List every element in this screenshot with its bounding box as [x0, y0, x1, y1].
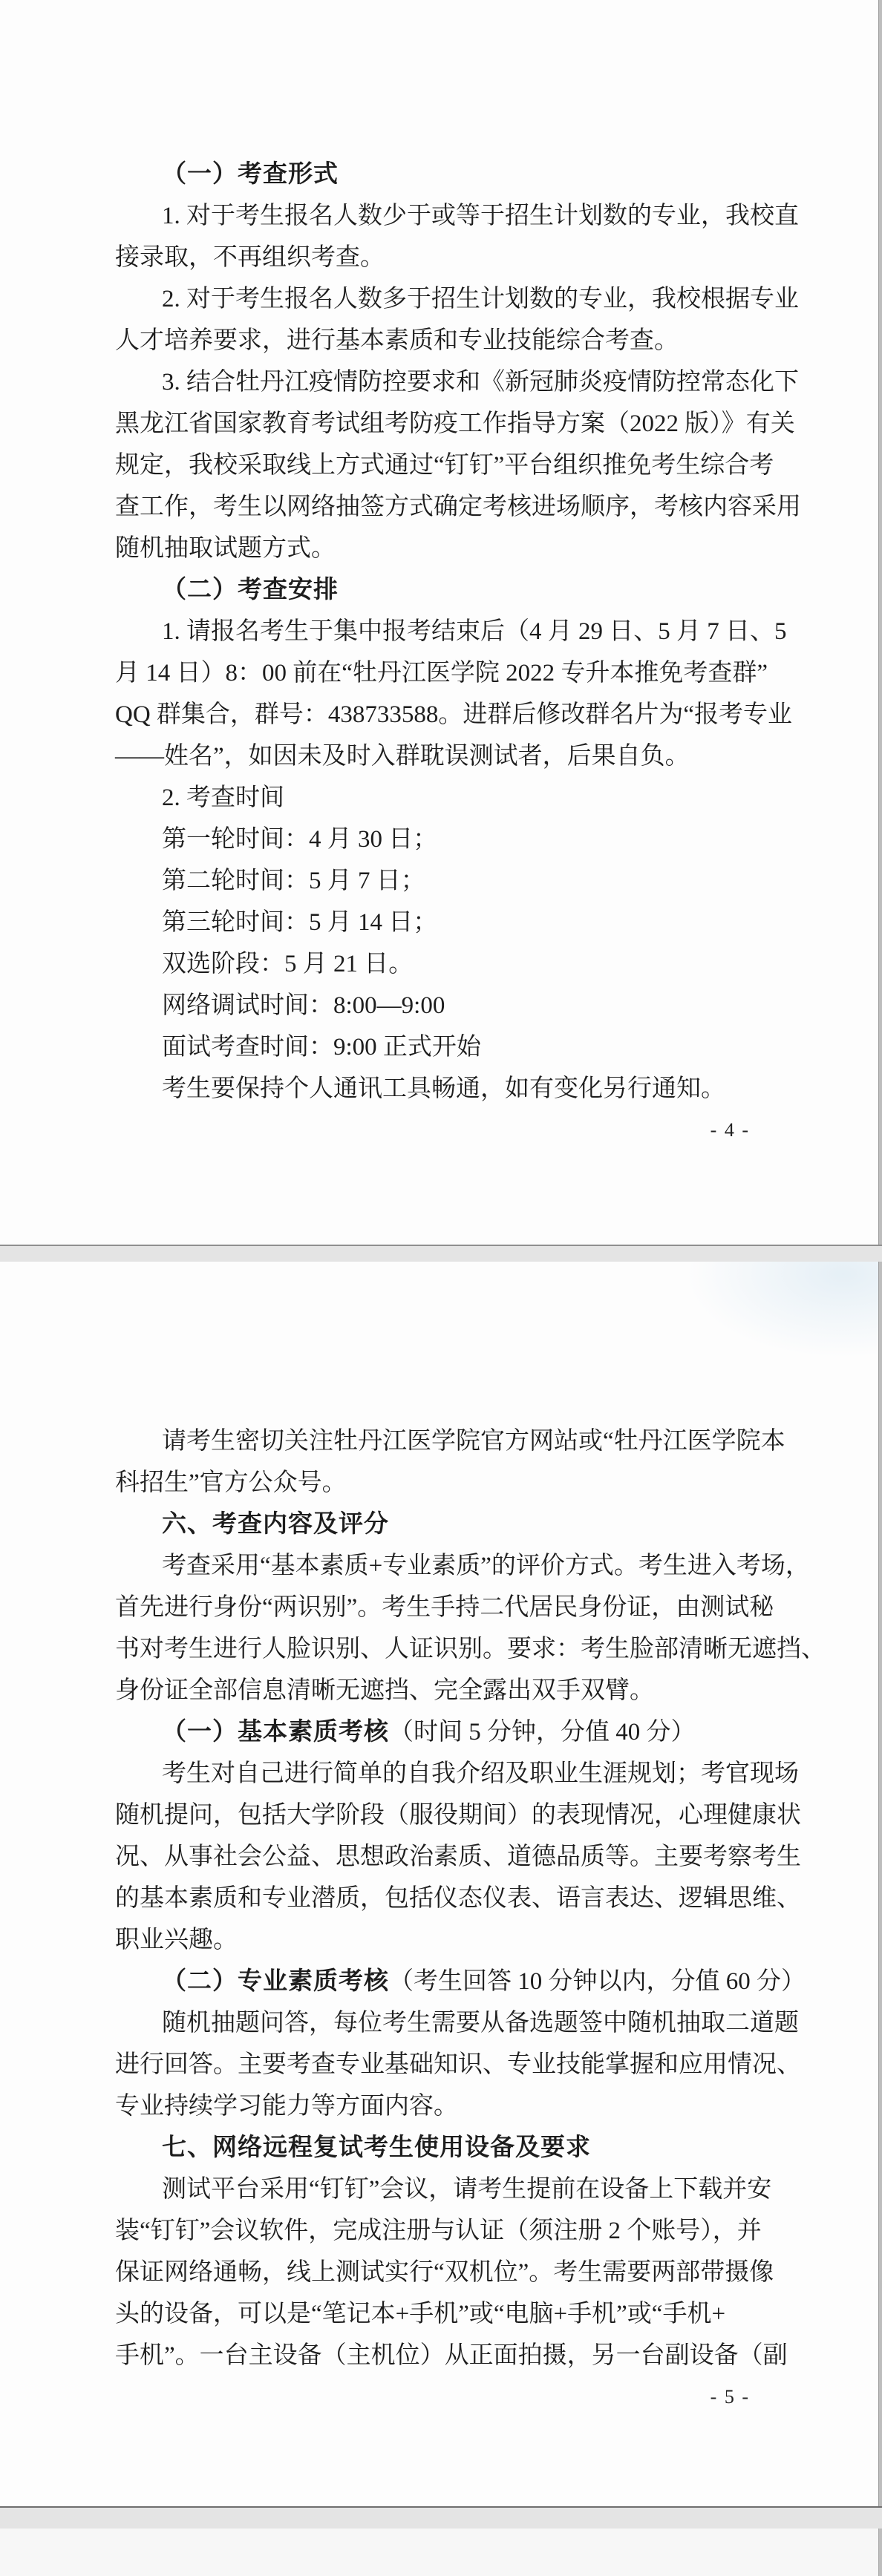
- scanned-page-4: （一）考查形式 1. 对于考生报名人数少于或等于招生计划数的专业，我校直 接录取…: [0, 0, 879, 1245]
- heading-bold-part: （一）基本素质考核: [162, 1719, 389, 1746]
- text-line: 手机”。一台主设备（主机位）从正面拍摄，另一台副设备（副: [115, 2335, 819, 2376]
- page-4-text-block: （一）考查形式 1. 对于考生报名人数少于或等于招生计划数的专业，我校直 接录取…: [115, 154, 819, 1151]
- text-line: 双选阶段：5 月 21 日。: [115, 943, 819, 985]
- text-line: 考查采用“基本素质+专业素质”的评价方式。考生进入考场，: [115, 1545, 819, 1587]
- text-line: 3. 结合牡丹江疫情防控要求和《新冠肺炎疫情防控常态化下: [115, 361, 819, 403]
- text-line: 面试考查时间：9:00 正式开始: [115, 1026, 819, 1068]
- text-line: QQ 群集合，群号：438733588。进群后修改群名片为“报考专业: [115, 694, 819, 735]
- text-line: 装“钉钉”会议软件，完成注册与认证（须注册 2 个账号），并: [115, 2210, 819, 2252]
- text-line: 况、从事社会公益、思想政治素质、道德品质等。主要考察考生: [115, 1836, 819, 1878]
- section-heading-remote-exam-devices: 七、网络远程复试考生使用设备及要求: [115, 2127, 819, 2169]
- text-line: 的基本素质和专业潜质，包括仪态仪表、语言表达、逻辑思维、: [115, 1878, 819, 1919]
- text-line: 随机抽取试题方式。: [115, 528, 819, 569]
- section-heading-basic-quality: （一）基本素质考核（时间 5 分钟，分值 40 分）: [115, 1711, 819, 1753]
- text-line: 随机提问，包括大学阶段（服役期间）的表现情况，心理健康状: [115, 1795, 819, 1836]
- text-line: 黑龙江省国家教育考试组考防疫工作指导方案（2022 版）》有关: [115, 403, 819, 445]
- text-line: 接录取，不再组织考查。: [115, 237, 819, 278]
- text-line: 第三轮时间：5 月 14 日；: [115, 902, 819, 943]
- heading-note-part: （时间 5 分钟，分值 40 分）: [389, 1719, 696, 1746]
- text-line: 随机抽题问答，每位考生需要从备选题签中随机抽取二道题: [115, 2002, 819, 2044]
- page-number-4: - 4 -: [115, 1110, 819, 1151]
- text-line: 考生对自己进行简单的自我介绍及职业生涯规划；考官现场: [115, 1753, 819, 1795]
- section-heading-exam-arrangement: （二）考查安排: [115, 569, 819, 611]
- text-line: 2. 考查时间: [115, 777, 819, 819]
- page-5-text-block: 请考生密切关注牡丹江医学院官方网站或“牡丹江医学院本 科招生”官方公众号。 六、…: [115, 1420, 819, 2418]
- page-gap: [0, 2506, 882, 2529]
- heading-note-part: （考生回答 10 分钟以内，分值 60 分）: [389, 1968, 806, 1995]
- text-line: 人才培养要求，进行基本素质和专业技能综合考查。: [115, 320, 819, 361]
- text-line: 首先进行身份“两识别”。考生手持二代居民身份证，由测试秘: [115, 1587, 819, 1628]
- section-heading-exam-form: （一）考查形式: [115, 154, 819, 195]
- scanned-page-5: 请考生密切关注牡丹江医学院官方网站或“牡丹江医学院本 科招生”官方公众号。 六、…: [0, 1262, 879, 2506]
- text-line: 书对考生进行人脸识别、人证识别。要求：考生脸部清晰无遮挡、: [115, 1628, 819, 1670]
- page-gap: [0, 1245, 882, 1262]
- section-heading-professional-quality: （二）专业素质考核（考生回答 10 分钟以内，分值 60 分）: [115, 1961, 819, 2002]
- text-line: 身份证全部信息清晰无遮挡、完全露出双手双臂。: [115, 1670, 819, 1711]
- text-line: 考生要保持个人通讯工具畅通，如有变化另行通知。: [115, 1068, 819, 1110]
- text-line: 保证网络通畅，线上测试实行“双机位”。考生需要两部带摄像: [115, 2252, 819, 2293]
- next-page-top-edge: [0, 2529, 879, 2576]
- text-line: 科招生”官方公众号。: [115, 1462, 819, 1504]
- text-line: 2. 对于考生报名人数多于招生计划数的专业，我校根据专业: [115, 278, 819, 320]
- text-line: 网络调试时间：8:00—9:00: [115, 985, 819, 1026]
- text-line: 第一轮时间：4 月 30 日；: [115, 819, 819, 860]
- text-line: 进行回答。主要考查专业基础知识、专业技能掌握和应用情况、: [115, 2044, 819, 2085]
- text-line: 测试平台采用“钉钉”会议，请考生提前在设备上下载并安: [115, 2169, 819, 2210]
- text-line: 第二轮时间：5 月 7 日；: [115, 860, 819, 902]
- text-line: 查工作，考生以网络抽签方式确定考核进场顺序，考核内容采用: [115, 486, 819, 528]
- text-line: 月 14 日）8：00 前在“牡丹江医学院 2022 专升本推免考查群”: [115, 652, 819, 694]
- text-line: 1. 对于考生报名人数少于或等于招生计划数的专业，我校直: [115, 195, 819, 237]
- page-number-5: - 5 -: [115, 2376, 819, 2418]
- heading-bold-part: （二）专业素质考核: [162, 1968, 389, 1995]
- section-heading-exam-content-scoring: 六、考查内容及评分: [115, 1504, 819, 1545]
- text-line: 职业兴趣。: [115, 1919, 819, 1961]
- text-line: 请考生密切关注牡丹江医学院官方网站或“牡丹江医学院本: [115, 1420, 819, 1462]
- text-line: 规定，我校采取线上方式通过“钉钉”平台组织推免考生综合考: [115, 445, 819, 486]
- text-line: 专业持续学习能力等方面内容。: [115, 2085, 819, 2127]
- text-line: 1. 请报名考生于集中报考结束后（4 月 29 日、5 月 7 日、5: [115, 611, 819, 652]
- text-line: 头的设备，可以是“笔记本+手机”或“电脑+手机”或“手机+: [115, 2293, 819, 2335]
- text-line: ——姓名”，如因未及时入群耽误测试者，后果自负。: [115, 735, 819, 777]
